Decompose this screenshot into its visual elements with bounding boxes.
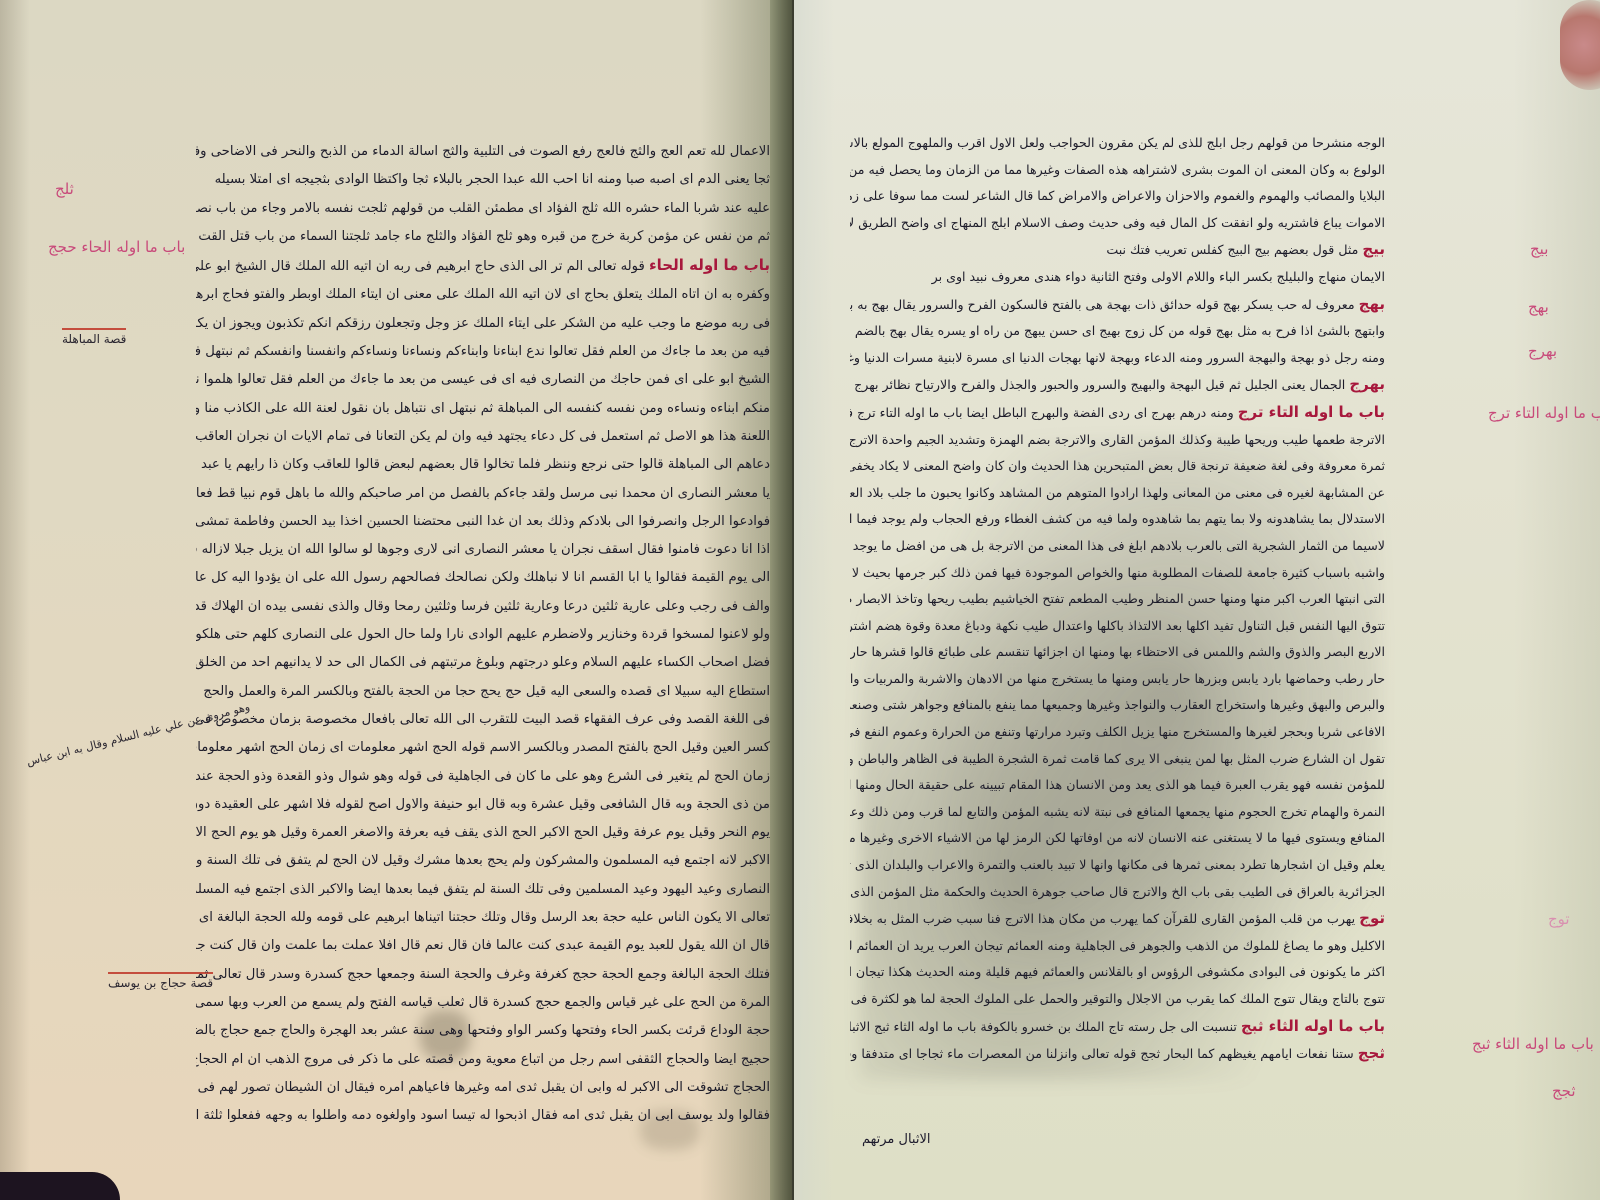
text-line: ولو لاعنوا لمسخوا قردة وخنازير ولاضطرم ع… <box>196 621 770 649</box>
text-line: المرة من الحج على غير قياس والجمع حجج كس… <box>196 989 770 1017</box>
text-line: دعاهم الى المباهلة قالوا حتى نرجع وننظر … <box>196 451 770 479</box>
text-line: باب ما اوله التاء ترج ومنه درهم بهرج اى … <box>850 399 1385 427</box>
text-line: المنافع ويستوى فيها ما لا يستغنى عنه الا… <box>850 825 1385 852</box>
margin-rubric: ثلج <box>55 180 74 198</box>
text-line: تتوق اليها النفس قبل التناول تفيد اكلها … <box>850 613 1385 640</box>
text-line: ثمرة معروفة وفى لغة ضعيفة ترنجة قال بعض … <box>850 453 1385 480</box>
margin-rubric: بهرج <box>1528 342 1557 360</box>
margin-note-mubahala: قصة المباهلة <box>62 328 126 346</box>
rubric-heading: باب ما اوله الحاء <box>649 256 770 274</box>
text-line: فى ربه موضع ما وجب عليه من الشكر على ايت… <box>196 310 770 338</box>
text-line: فى اللغة القصد وفى عرف الفقهاء قصد البيت… <box>196 706 770 734</box>
text-line: الاعمال لله تعم العج والثج فالعج رفع الص… <box>196 138 770 166</box>
margin-rubric-chapter-tha: باب ما اوله الثاء ثبج <box>1472 1035 1594 1053</box>
rubric-heading: باب ما اوله الثاء ثبج <box>1241 1017 1385 1035</box>
text-line: باب ما اوله الحاء قوله تعالى الم تر الى … <box>196 251 770 281</box>
text-line: ثم من نفس عن مؤمن كربة خرج من قبره وهو ث… <box>196 223 770 251</box>
text-line: تقول ان الشارع ضرب المثل بها لمن ينبغى ا… <box>850 746 1385 773</box>
text-line: كسر العين وقيل الحج بالفتح المصدر وبالكس… <box>196 734 770 762</box>
text-line: التى انبتها العرب اكبر منها ومنها حسن ال… <box>850 586 1385 613</box>
text-line: النمرة والهمام تخرج الحجوم منها يجمعها ا… <box>850 799 1385 826</box>
rubric-heading: بيج <box>1362 240 1385 258</box>
text-line: بيج مثل قول بعضهم بيج البيج كفلس تعريب ف… <box>850 236 1385 264</box>
text-line: اللعنة هذا هو الاصل ثم استعمل فى كل دعاء… <box>196 423 770 451</box>
text-line: فوادعوا الرجل وانصرفوا الى بلادكم وذلك ب… <box>196 508 770 536</box>
text-line: استطاع اليه سبيلا اى قصده والسعى اليه قي… <box>196 678 770 706</box>
right-text-block: الوجه منشرحا من قولهم رجل ابلج للذى لم ي… <box>850 130 1385 1068</box>
text-line: ثجج ستنا نفعات ايامهم يغيظهم كما البحار … <box>850 1040 1385 1068</box>
text-line: الجزائرية بالعراق فى الطيب بقى باب الخ و… <box>850 879 1385 906</box>
text-line: يا معشر النصارى ان محمدا نبى مرسل ولقد ج… <box>196 480 770 508</box>
text-line: واشبه باسباب كثيرة جامعة للصفات المطلوبة… <box>850 560 1385 587</box>
margin-rubric-chapter-ha: باب ما اوله الحاء حجج <box>48 238 185 256</box>
text-line: قال ان الله يقول للعبد يوم القيمة عبدى ك… <box>196 932 770 960</box>
text-line: الشيخ ابو على اى فمن حاجك من النصارى فيه… <box>196 366 770 394</box>
text-line: الى يوم القيمة فقالوا يا ابا القسم انا ل… <box>196 564 770 592</box>
text-line: وابتهج بالشئ اذا فرح به مثل بهج قوله من … <box>850 318 1385 345</box>
text-line: باب ما اوله الثاء ثبج تنسبت الى جل رسته … <box>850 1013 1385 1041</box>
text-line: فضل اصحاب الكساء عليهم السلام وعلو درجته… <box>196 649 770 677</box>
text-line: والف فى رجب وعلى عارية ثلثين درعا وعارية… <box>196 593 770 621</box>
text-line: الاموات يباع فاشتريه ولو انفقت كل المال … <box>850 210 1385 237</box>
text-line: فتلك الحجة البالغة وجمع الحجة حجج كغرفة … <box>196 961 770 989</box>
text-line: الاربع البصر والذوق والشم واللمس فى الاح… <box>850 639 1385 666</box>
text-line: زمان الحج لم يتغير فى الشرع وهو على ما ك… <box>196 763 770 791</box>
thumb-holding-page <box>1560 0 1600 90</box>
text-line: ومنه رجل ذو بهجة والبهجة السرور ومنه الد… <box>850 345 1385 372</box>
text-line: البلايا والمصائب والهموم والغموم والاحزا… <box>850 183 1385 210</box>
rubric-heading: بهج <box>1359 295 1385 313</box>
margin-rubric: بهج <box>1528 298 1549 316</box>
text-line: فقالوا ولد يوسف ابى ان يقبل ثدى امه فقال… <box>196 1102 770 1130</box>
margin-rubric: بيج <box>1530 240 1548 258</box>
text-line: الاكليل وهو ما يصاغ للملوك من الذهب والج… <box>850 933 1385 960</box>
rubric-heading: بهرج <box>1349 375 1385 393</box>
rubric-heading: توج <box>1359 909 1385 927</box>
left-page: ثلج باب ما اوله الحاء حجج قصة المباهلة و… <box>0 0 792 1200</box>
text-line: الوجه منشرحا من قولهم رجل ابلج للذى لم ي… <box>850 130 1385 157</box>
text-line: ثجا يعنى الدم اى اصبه صبا ومنه انا احب ا… <box>196 166 770 194</box>
text-line: والبرص والبهق وغيرها واستخراج العقارب وا… <box>850 692 1385 719</box>
text-line: اذا انا دعوت فامنوا فقال اسقف نجران يا م… <box>196 536 770 564</box>
text-line: الاستدلال بما يشاهدونه ولا بما يتهم بما … <box>850 506 1385 533</box>
text-line: يوم النحر وقيل يوم عرفة وقيل الحج الاكبر… <box>196 819 770 847</box>
text-line: الولوع به وكان المعنى ان الموت بشرى لاشت… <box>850 157 1385 184</box>
text-line: الحجاج تشوقت الى الاكبر له وابى ان يقبل … <box>196 1074 770 1102</box>
text-line: عليه عند شربا الماء حشره الله ثلج الفؤاد… <box>196 195 770 223</box>
rubric-heading: ثجج <box>1358 1044 1385 1062</box>
text-line: توج يهرب من قلب المؤمن القارى للقرآن كما… <box>850 905 1385 933</box>
text-line: اكثر ما يكونون فى البوادى مكشوفى الرؤوس … <box>850 959 1385 986</box>
margin-rubric: ثجج <box>1552 1082 1576 1100</box>
background-cloth <box>0 1172 120 1200</box>
text-line: النصارى وعيد اليهود وعيد المسلمين وفى تل… <box>196 876 770 904</box>
text-line: يعلم وقيل ان اشجارها تطرد بمعنى ثمرها فى… <box>850 852 1385 879</box>
catchword: الاثبال مرتهم <box>862 1132 931 1147</box>
gutter-shadow <box>770 0 792 1200</box>
text-line: بهرج الجمال يعنى الجليل ثم قيل البهجة وا… <box>850 371 1385 399</box>
text-line: تعالى الا يكون الناس عليه حجة بعد الرسل … <box>196 904 770 932</box>
text-line: منكم ابناءه ونساءه ومن نفسه كنفسه الى ال… <box>196 395 770 423</box>
text-line: عن المشابهة لغيره فى معنى من المعانى وله… <box>850 480 1385 507</box>
text-line: حار رطب وحماضها بارد يابس وبزرها حار ياب… <box>850 666 1385 693</box>
text-line: الايمان منهاج والبليلج بكسر الباء واللام… <box>850 264 1385 291</box>
text-line: وكفره به ان اتاه الملك يتعلق بحاج اى لان… <box>196 281 770 309</box>
text-line: لاسيما من الثمار الشجرية التى بالعرب بلا… <box>850 533 1385 560</box>
text-line: فيه من بعد ما جاءك من العلم فقل تعالوا ن… <box>196 338 770 366</box>
text-line: حجيج ايضا والحجاج الثقفى اسم رجل من اتبا… <box>196 1046 770 1074</box>
rubric-heading: باب ما اوله التاء ترج <box>1238 403 1385 421</box>
text-line: من ذى الحجة وبه قال الشافعى وقيل عشرة وب… <box>196 791 770 819</box>
text-line: الاترجة طعمها طيب وريحها طيبة وكذلك المؤ… <box>850 427 1385 454</box>
text-line: للمؤمن نفسه فهو يقرب العبرة فيما هو الذى… <box>850 772 1385 799</box>
text-line: بهج معروف له حب يسكر بهج قوله حدائق ذات … <box>850 291 1385 319</box>
text-line: حجة الوداع قرئت بكسر الحاء وفتحها وكسر ا… <box>196 1017 770 1045</box>
left-text-block: الاعمال لله تعم العج والثج فالعج رفع الص… <box>196 138 770 1130</box>
text-line: الاكبر لانه اجتمع فيه المسلمون والمشركون… <box>196 847 770 875</box>
margin-rubric-faded: توج <box>1548 910 1570 928</box>
margin-rubric-chapter-ta: باب ما اوله التاء ترج <box>1488 404 1600 422</box>
text-line: تتوج بالتاج ويقال تتوج الملك كما يقرب من… <box>850 986 1385 1013</box>
text-line: الافاعى شربا وبحجر لغيرها والمستخرج منها… <box>850 719 1385 746</box>
